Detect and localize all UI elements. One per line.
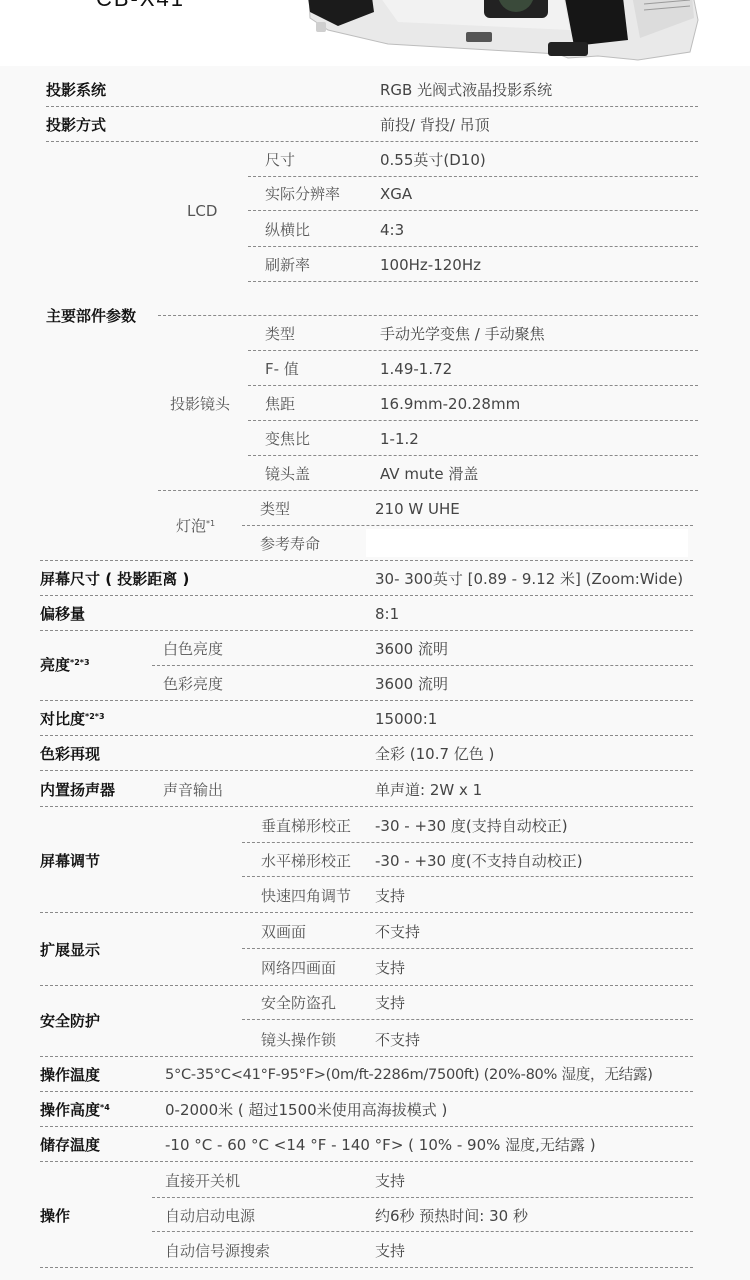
spec-label-offset: 偏移量 (40, 604, 85, 624)
spec-sublabel: 类型 (260, 499, 290, 519)
row-divider (40, 770, 693, 771)
spec-value-color: 全彩 (10.7 亿色 ) (375, 744, 494, 764)
spec-label-extended-display: 扩展显示 (40, 940, 100, 960)
row-divider (242, 876, 693, 877)
row-divider (40, 560, 693, 561)
spec-value-screen-size: 30- 300英寸 [0.89 - 9.12 米] (Zoom:Wide) (375, 569, 683, 589)
spec-label-operating-altitude: 操作高度*4 (40, 1100, 110, 1120)
group-divider (158, 315, 698, 316)
spec-label-storage-temp: 储存温度 (40, 1135, 100, 1155)
spec-value-speaker: 单声道: 2W x 1 (375, 780, 482, 800)
row-divider (40, 700, 693, 701)
spec-sublabel: 色彩亮度 (163, 674, 223, 694)
row-divider (248, 455, 698, 456)
spec-sublabel: 镜头盖 (265, 464, 310, 484)
spec-label-color: 色彩再现 (40, 744, 100, 764)
spec-value: 0.55英寸(D10) (380, 150, 486, 170)
brightness-label: 亮度 (40, 656, 70, 674)
row-divider (248, 350, 698, 351)
spec-value: XGA (380, 184, 412, 204)
spec-sublabel: 白色亮度 (163, 639, 223, 659)
spec-value: 约6秒 预热时间: 30 秒 (375, 1206, 528, 1226)
spec-sublabel: 变焦比 (265, 429, 310, 449)
spec-sublabel: 水平梯形校正 (261, 851, 351, 871)
row-divider (152, 665, 693, 666)
spec-sublabel: 声音输出 (163, 780, 223, 800)
spec-value-offset: 8:1 (375, 604, 399, 624)
row-divider (40, 912, 693, 913)
row-divider (46, 141, 698, 142)
row-divider (40, 1161, 693, 1162)
model-title-partial: CB-X41 (96, 0, 185, 12)
spec-value: 支持 (375, 1171, 405, 1191)
row-divider (40, 985, 693, 986)
spec-value: 3600 流明 (375, 674, 448, 694)
spec-value: AV mute 滑盖 (380, 464, 478, 484)
row-divider (40, 806, 693, 807)
spec-value-projection-method: 前投/ 背投/ 吊顶 (380, 115, 490, 135)
footnote-marker: *4 (100, 1103, 110, 1112)
spec-value: 4:3 (380, 220, 404, 240)
product-hero: CB-X41 (0, 0, 750, 66)
spec-label-brightness: 亮度*2*3 (40, 655, 90, 675)
spec-label-contrast: 对比度*2*3 (40, 709, 105, 729)
spec-value-projection-system: RGB 光阀式液晶投影系统 (380, 80, 552, 100)
row-divider (242, 525, 693, 526)
row-divider (40, 630, 693, 631)
footnote-marker: *1 (206, 519, 215, 528)
spec-value: -30 - +30 度(支持自动校正) (375, 816, 568, 836)
spec-sublabel: 自动信号源搜索 (165, 1241, 270, 1261)
row-divider (248, 420, 698, 421)
row-divider (152, 1197, 693, 1198)
spec-value: 支持 (375, 958, 405, 978)
spec-value: 支持 (375, 1241, 405, 1261)
spec-group-lens: 投影镜头 (170, 394, 230, 414)
spec-sublabel: 直接开关机 (165, 1171, 240, 1191)
contrast-label: 对比度 (40, 710, 85, 728)
row-divider (242, 948, 693, 949)
spec-value: 210 W UHE (375, 499, 460, 519)
spec-value: -30 - +30 度(不支持自动校正) (375, 851, 583, 871)
spec-sublabel: 双画面 (261, 922, 306, 942)
spec-value: 1.49-1.72 (380, 359, 452, 379)
spec-value: 3600 流明 (375, 639, 448, 659)
spec-sublabel: 纵横比 (265, 220, 310, 240)
spec-value: 16.9mm-20.28mm (380, 394, 520, 414)
spec-label-speaker: 内置扬声器 (40, 780, 115, 800)
row-divider (40, 1056, 693, 1057)
spec-sublabel: 快速四角调节 (261, 886, 351, 906)
spec-label-screen-adjust: 屏幕调节 (40, 851, 100, 871)
spec-group-lcd: LCD (187, 201, 217, 221)
spec-value-operating-altitude: 0-2000米 ( 超过1500米使用高海拔模式 ) (165, 1100, 447, 1120)
spec-label-screen-size: 屏幕尺寸 ( 投影距离 ) (40, 569, 189, 589)
row-divider (40, 1267, 693, 1268)
row-divider (248, 210, 698, 211)
spec-label-operating-temp: 操作温度 (40, 1065, 100, 1085)
row-divider (40, 735, 693, 736)
spec-value-operating-temp: 5°C-35°C<41°F-95°F>(0m/ft-2286m/7500ft) … (165, 1065, 653, 1085)
spec-sublabel: 镜头操作锁 (261, 1030, 336, 1050)
spec-sublabel: 实际分辨率 (265, 184, 340, 204)
group-divider (158, 490, 698, 491)
spec-value: 手动光学变焦 / 手动聚焦 (380, 324, 545, 344)
spec-value: 支持 (375, 886, 405, 906)
spec-label-projection-method: 投影方式 (46, 115, 106, 135)
spec-value-contrast: 15000:1 (375, 709, 437, 729)
row-divider (248, 176, 698, 177)
spec-sublabel: 焦距 (265, 394, 295, 414)
lamp-label: 灯泡 (176, 517, 206, 535)
spec-value: 不支持 (375, 1030, 420, 1050)
footnote-marker: *2*3 (85, 712, 105, 721)
spec-sublabel: 参考寿命 (260, 534, 320, 554)
spec-sublabel: 类型 (265, 324, 295, 344)
row-divider (40, 1091, 693, 1092)
spec-value: 1-1.2 (380, 429, 419, 449)
spec-sublabel: 刷新率 (265, 255, 310, 275)
spec-label-main-components: 主要部件参数 (46, 306, 136, 326)
projector-image (298, 0, 700, 64)
altitude-label: 操作高度 (40, 1101, 100, 1119)
spec-sublabel: 尺寸 (265, 150, 295, 170)
spec-sublabel: F- 值 (265, 359, 299, 379)
spec-sublabel: 自动启动电源 (165, 1206, 255, 1226)
row-divider (152, 1231, 693, 1232)
spec-sublabel: 安全防盗孔 (261, 993, 336, 1013)
row-divider (40, 1126, 693, 1127)
spec-sublabel: 网络四画面 (261, 958, 336, 978)
spec-label-security: 安全防护 (40, 1011, 100, 1031)
row-divider (242, 1019, 693, 1020)
row-divider (248, 281, 698, 282)
row-divider (40, 595, 693, 596)
row-divider (248, 246, 698, 247)
row-divider (46, 106, 698, 107)
footnote-marker: *2*3 (70, 658, 90, 667)
row-divider (242, 842, 693, 843)
spec-group-lamp: 灯泡*1 (176, 516, 215, 536)
spec-value: 支持 (375, 993, 405, 1013)
row-divider (248, 385, 698, 386)
spec-value: 100Hz-120Hz (380, 255, 481, 275)
spec-value: 不支持 (375, 922, 420, 942)
spec-label-operation: 操作 (40, 1206, 70, 1226)
spec-value-blank (366, 529, 688, 557)
spec-value-storage-temp: -10 °C - 60 °C <14 °F - 140 °F> ( 10% - … (165, 1135, 596, 1155)
spec-label-projection-system: 投影系统 (46, 80, 106, 100)
spec-sublabel: 垂直梯形校正 (261, 816, 351, 836)
